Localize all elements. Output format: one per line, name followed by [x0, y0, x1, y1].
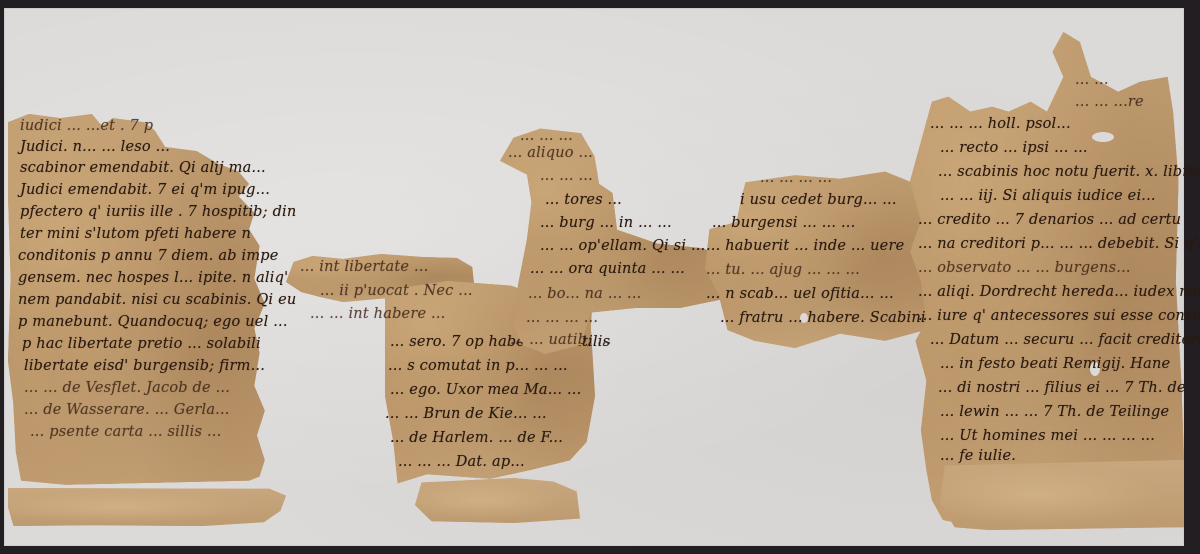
text-line: conditonis p annu 7 diem. ab impe: [18, 248, 279, 264]
text-line: ... ... ora quinta ... ...: [530, 261, 685, 277]
text-line: ... di nostri ... filius ei ... 7 Th. de: [938, 380, 1186, 396]
text-line: ... de Wasserare. ... Gerla...: [24, 402, 230, 418]
text-line: ... s comutat in p... ... ...: [388, 358, 568, 374]
text-line: ... n scab... uel ofitia... ...: [706, 286, 894, 302]
text-line: Judici. n... ... leso ...: [20, 139, 170, 155]
text-line: gensem. nec hospes l... ipite. n aliq' a: [18, 270, 302, 286]
text-line: ... ... ...: [520, 128, 573, 144]
text-line: iudici ... ...et . 7 p: [20, 118, 153, 134]
text-line: ... credito ... 7 denarios ... ad certu: [918, 212, 1181, 228]
text-line: libertate eisd' burgensib; firm...: [24, 358, 265, 374]
text-line: ... tores ...: [545, 192, 622, 208]
text-line: ... na creditori p... ... ... debebit. S…: [918, 236, 1200, 252]
text-line: ... ... iij. Si aliquis iudice ei...: [940, 188, 1156, 204]
text-line: ... observato ... ... burgens...: [918, 260, 1131, 276]
fragment-right-bottom-strip: [940, 460, 1184, 530]
text-line: ... ... ... holl. psol...: [930, 116, 1071, 132]
text-line: ... psente carta ... sillis ...: [30, 424, 221, 440]
text-line: ... in festo beati Remigij. Hane: [940, 356, 1170, 372]
text-line: ... burgensi ... ... ...: [712, 215, 855, 231]
text-line: ... de Harlem. ... de F...: [390, 430, 563, 446]
text-line: ... Ut homines mei ... ... ... ...: [940, 428, 1155, 444]
fragment-left-bottom-strip: [8, 488, 286, 526]
text-line: ... iure q' antecessores sui esse consue…: [918, 308, 1200, 324]
text-line: ... ... op'ellam. Qi si ...: [540, 238, 705, 254]
text-line: ... lewin ... ... 7 Th. de Teilinge: [940, 404, 1169, 420]
text-line: ... habuerit ... inde ... uere . e: [706, 238, 928, 254]
text-line: pfectero q' iuriis ille . 7 hospitib; di…: [20, 204, 296, 220]
text-line: ... burg ... in ... ...: [540, 215, 672, 231]
text-line: ... aliquo ...: [508, 145, 593, 161]
text-line: ... recto ... ipsi ... ...: [940, 140, 1088, 156]
text-line: p manebunt. Quandocuq; ego uel ...: [18, 314, 288, 330]
text-line: ... scabinis hoc notu fuerit. x. libris: [938, 164, 1200, 180]
text-line: ... fe iulie.: [940, 448, 1016, 464]
text-line: ... bo... na ... ...: [528, 286, 642, 302]
parchment-hole: [1092, 132, 1114, 142]
text-line: ... ...: [1075, 72, 1109, 88]
text-line: ... aliqi. Dordrecht hereda... iudex nem…: [918, 284, 1200, 300]
text-line: ... Datum ... securu ... facit creditore…: [930, 332, 1200, 348]
text-line: ... ... ... Dat. ap...: [398, 454, 525, 470]
text-line: ... int libertate ...: [300, 259, 428, 275]
text-line: ... tu. ... ajug ... ... ...: [706, 262, 860, 278]
text-line: scabinor emendabit. Qi alij ma...: [20, 160, 266, 176]
text-line: nem pandabit. nisi cu scabinis. Qi eu: [18, 292, 296, 308]
text-line: ... ... ...: [540, 168, 593, 184]
text-line: ... ... int habere ...: [310, 306, 445, 322]
text-line: ... ... de Vesflet. Jacob de ...: [24, 380, 230, 396]
text-line: i usu cedet burg... ...: [740, 192, 897, 208]
text-line: Judici emendabit. 7 ei q'm ipug...: [20, 182, 270, 198]
text-line: ... ... ...re: [1075, 94, 1144, 110]
text-line: ... ... Brun de Kie... ...: [385, 406, 547, 422]
fragment-middle-left-bottom-strip: [415, 478, 580, 523]
text-line: p hac libertate pretio ... solabili: [22, 336, 261, 352]
text-line: ... ... ... ...: [526, 310, 598, 326]
text-line: ... ... uatib; ...: [510, 332, 612, 348]
text-line: ter mini s'lutom pfeti habere n: [20, 226, 251, 242]
text-line: ... ego. Uxor mea Ma... ...: [390, 382, 581, 398]
text-line: ... ... ... ...: [760, 170, 832, 186]
text-line: ... ii p'uocat . Nec ...: [320, 283, 473, 299]
